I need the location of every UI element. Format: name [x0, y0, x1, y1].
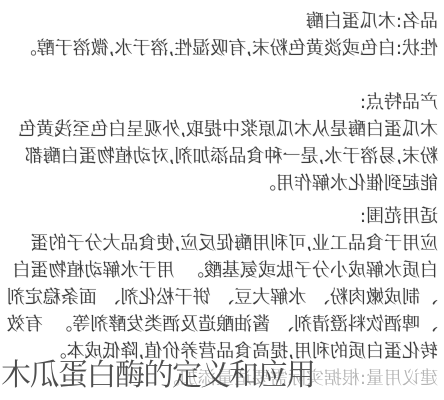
- features-line-1: 木瓜蛋白酶是从木瓜原浆中提取,外观呈白色至浅黄色: [6, 116, 438, 143]
- page-title-overlay: 木瓜蛋白酶的定义和应用: [1, 354, 315, 398]
- scope-line-2: 白质水解成小分子肽或氨基酸。 用于水解动植物蛋白: [6, 257, 438, 284]
- scope-line-4: 、啤酒饮料澄清剂、 酱油酿造及酒类发酵剂等。 有效: [6, 311, 438, 338]
- features-heading: 产品特点:: [6, 89, 438, 116]
- scope-line-3: 、制成嫩肉粉、 水解大豆、 饼干松化剂、 面条稳定剂: [6, 284, 438, 311]
- features-line-3: 能起到催化水解作用。: [6, 170, 438, 197]
- mirrored-text-block: 品名:木瓜蛋白酶 性状:白色或淡黄色粉末,有吸湿性,溶于水,微溶于醇。 产品特点…: [0, 8, 444, 392]
- document-page: 品名:木瓜蛋白酶 性状:白色或淡黄色粉末,有吸湿性,溶于水,微溶于醇。 产品特点…: [0, 0, 444, 400]
- scope-heading: 适用范围:: [6, 203, 438, 230]
- scope-line-1: 应用于食品工业,可利用酶促反应,使食品大分子的蛋: [6, 230, 438, 257]
- properties-line: 性状:白色或淡黄色粉末,有吸湿性,溶于水,微溶于醇。: [6, 35, 438, 62]
- product-name-line: 品名:木瓜蛋白酶: [6, 8, 438, 35]
- features-line-2: 粉末,易溶于水,是一种食品添加剂,对动植物蛋白酶都: [6, 143, 438, 170]
